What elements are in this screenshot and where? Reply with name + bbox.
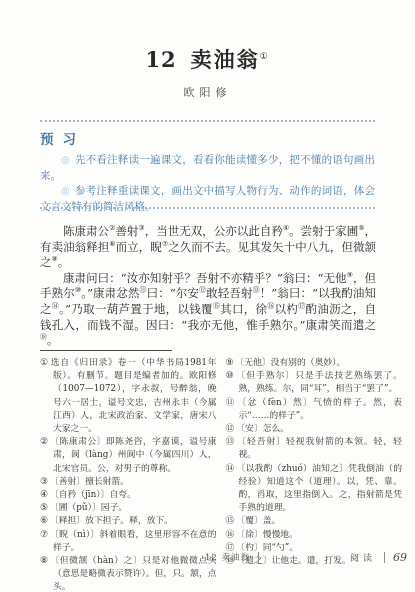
footnote-ref: ⑰ xyxy=(298,302,305,310)
footnote-ref: ⑤ xyxy=(358,224,364,232)
footnote-item: ⑬〔轻吾射〕轻视我射箭的本领。轻，轻视。 xyxy=(226,436,403,462)
preview-item: ◎先不看注释读一遍课文，看看你能读懂多少，把不懂的语句画出来。 xyxy=(40,153,375,184)
footer-left: 12 卖油翁 xyxy=(205,551,267,563)
bullet-icon: ◎ xyxy=(61,155,70,166)
footnote-item: ⑪〔忿（fèn）然〕气愤的样子。然，表示“……的样子”。 xyxy=(226,397,403,423)
footnote-item: ⑮〔覆〕盖。 xyxy=(226,515,403,528)
footnote-number: ⑦ xyxy=(40,530,48,540)
title-block: 12卖油翁① xyxy=(0,44,415,74)
dotted-divider-bottom xyxy=(40,207,375,209)
footer-right: 阅读 69 xyxy=(350,551,407,564)
footnote-ref: ④ xyxy=(283,224,289,232)
footnote-number: ⑨ xyxy=(226,358,234,368)
footnote-item: ⑤〔圃（pǔ）〕园子。 xyxy=(40,502,217,515)
preview-item: ◎参考注释重读课文，画出文中描写人物行为、动作的词语，体会文言文特有的简洁风格。 xyxy=(40,184,375,215)
footnote-number: ⑪ xyxy=(226,398,236,408)
footnote-ref: ② xyxy=(109,224,115,232)
footnote-number: ⑭ xyxy=(226,464,235,474)
footnote-ref: ⑥ xyxy=(109,240,115,248)
bullet-icon: ◎ xyxy=(61,186,70,197)
footnote-number: ⑯ xyxy=(226,530,235,540)
footnote-item: ⑭〔以我酌（zhuó）油知之〕凭我倒油（的经验）知道这个（道理）。以，凭、靠。酌… xyxy=(226,463,403,516)
footnote-number: ③ xyxy=(40,477,48,487)
footnote-item: ③〔善射〕擅长射箭。 xyxy=(40,476,217,489)
footnote-item: ⑥〔释担〕放下担子。释，放下。 xyxy=(40,515,217,528)
footnote-item: ④〔自矜（jīn）〕自夸。 xyxy=(40,489,217,502)
body-paragraph: 陈康肃公②善射③，当世无双，公亦以此自矜④。尝射于家圃⑤，有卖油翁释担⑥而立，睨… xyxy=(40,224,376,271)
footnote-number: ⑤ xyxy=(40,503,48,513)
footnote-ref: ⑬ xyxy=(253,287,260,295)
footer-divider-bar xyxy=(258,552,259,563)
textbook-page: 12卖油翁① 欧阳修 预习 ◎先不看注释读一遍课文，看看你能读懂多少，把不懂的语… xyxy=(0,0,415,592)
footnote-item: ②〔陈康肃公〕即陈尧咨，字嘉谟，谥号康肃，阆（làng）州阆中（今属四川）人，北… xyxy=(40,436,217,476)
page-title: 12卖油翁① xyxy=(145,47,269,72)
footnote-item: ⑯〔徐〕慢慢地。 xyxy=(226,529,403,542)
preview-label: 预习 xyxy=(40,128,375,148)
lesson-number: 12 xyxy=(145,47,176,72)
footnote-ref: ⑨ xyxy=(347,271,353,279)
footnote-ref: ③ xyxy=(138,224,144,232)
title-footnote-ref: ① xyxy=(260,52,270,62)
footnote-ref: ⑫ xyxy=(199,287,206,295)
preview-items: ◎先不看注释读一遍课文，看看你能读懂多少，把不懂的语句画出来。◎参考注释重读课文… xyxy=(40,153,375,215)
footnote-number: ⑥ xyxy=(40,516,48,526)
footnote-number: ⑫ xyxy=(226,424,235,434)
footnote-number: ⑮ xyxy=(226,516,235,526)
preview-section: 预习 ◎先不看注释读一遍课文，看看你能读懂多少，把不懂的语句画出来。◎参考注释重… xyxy=(40,128,375,215)
lesson-title-text: 卖油翁 xyxy=(191,47,260,72)
footnote-ref: ⑯ xyxy=(267,302,274,310)
footnote-number: ⑩ xyxy=(226,371,235,381)
footnote-ref: ⑱ xyxy=(40,333,47,341)
footnote-separator xyxy=(40,350,172,351)
footer-page-number: 69 xyxy=(393,551,407,564)
footnote-number: ① xyxy=(40,358,49,368)
footnote-ref: ⑮ xyxy=(213,302,220,310)
footnote-item: ⑩〔但手熟尔〕只是手法技艺熟练罢了。熟，熟练。尔，同“耳”，相当于“罢了”。 xyxy=(226,370,403,396)
page-footer: 12 卖油翁 阅读 69 xyxy=(0,549,415,565)
footer-section: 阅读 xyxy=(350,551,376,564)
footnote-ref: ⑩ xyxy=(75,287,81,295)
footnote-ref: ⑦ xyxy=(162,240,168,248)
author: 欧阳修 xyxy=(0,84,415,100)
footnote-number: ② xyxy=(40,437,48,447)
footnote-number: ④ xyxy=(40,490,48,500)
footnote-ref: ⑧ xyxy=(52,255,58,263)
footnote-ref: ⑪ xyxy=(140,287,147,295)
footnote-item: ⑫〔安〕怎么。 xyxy=(226,423,403,436)
dotted-divider-top xyxy=(40,120,375,122)
main-text: 陈康肃公②善射③，当世无双，公亦以此自矜④。尝射于家圃⑤，有卖油翁释担⑥而立，睨… xyxy=(40,224,376,349)
footer-chapter: 12 卖油翁 xyxy=(205,551,250,563)
footnote-ref: ⑭ xyxy=(52,302,59,310)
footnote-number: ⑬ xyxy=(226,437,236,447)
footnote-item: ⑨〔无他〕没有别的（奥妙）。 xyxy=(226,357,403,370)
footer-divider-bar xyxy=(384,552,385,563)
footnote-item: ①选自《归田录》卷一（中华书局1981年版）。有删节。题目是编者加的。欧阳修（1… xyxy=(40,357,217,436)
body-paragraph: 康肃问曰：“汝亦知射乎？吾射不亦精乎？”翁曰：“无他⑨，但手熟尔⑩。”康肃忿然⑪… xyxy=(40,271,376,349)
